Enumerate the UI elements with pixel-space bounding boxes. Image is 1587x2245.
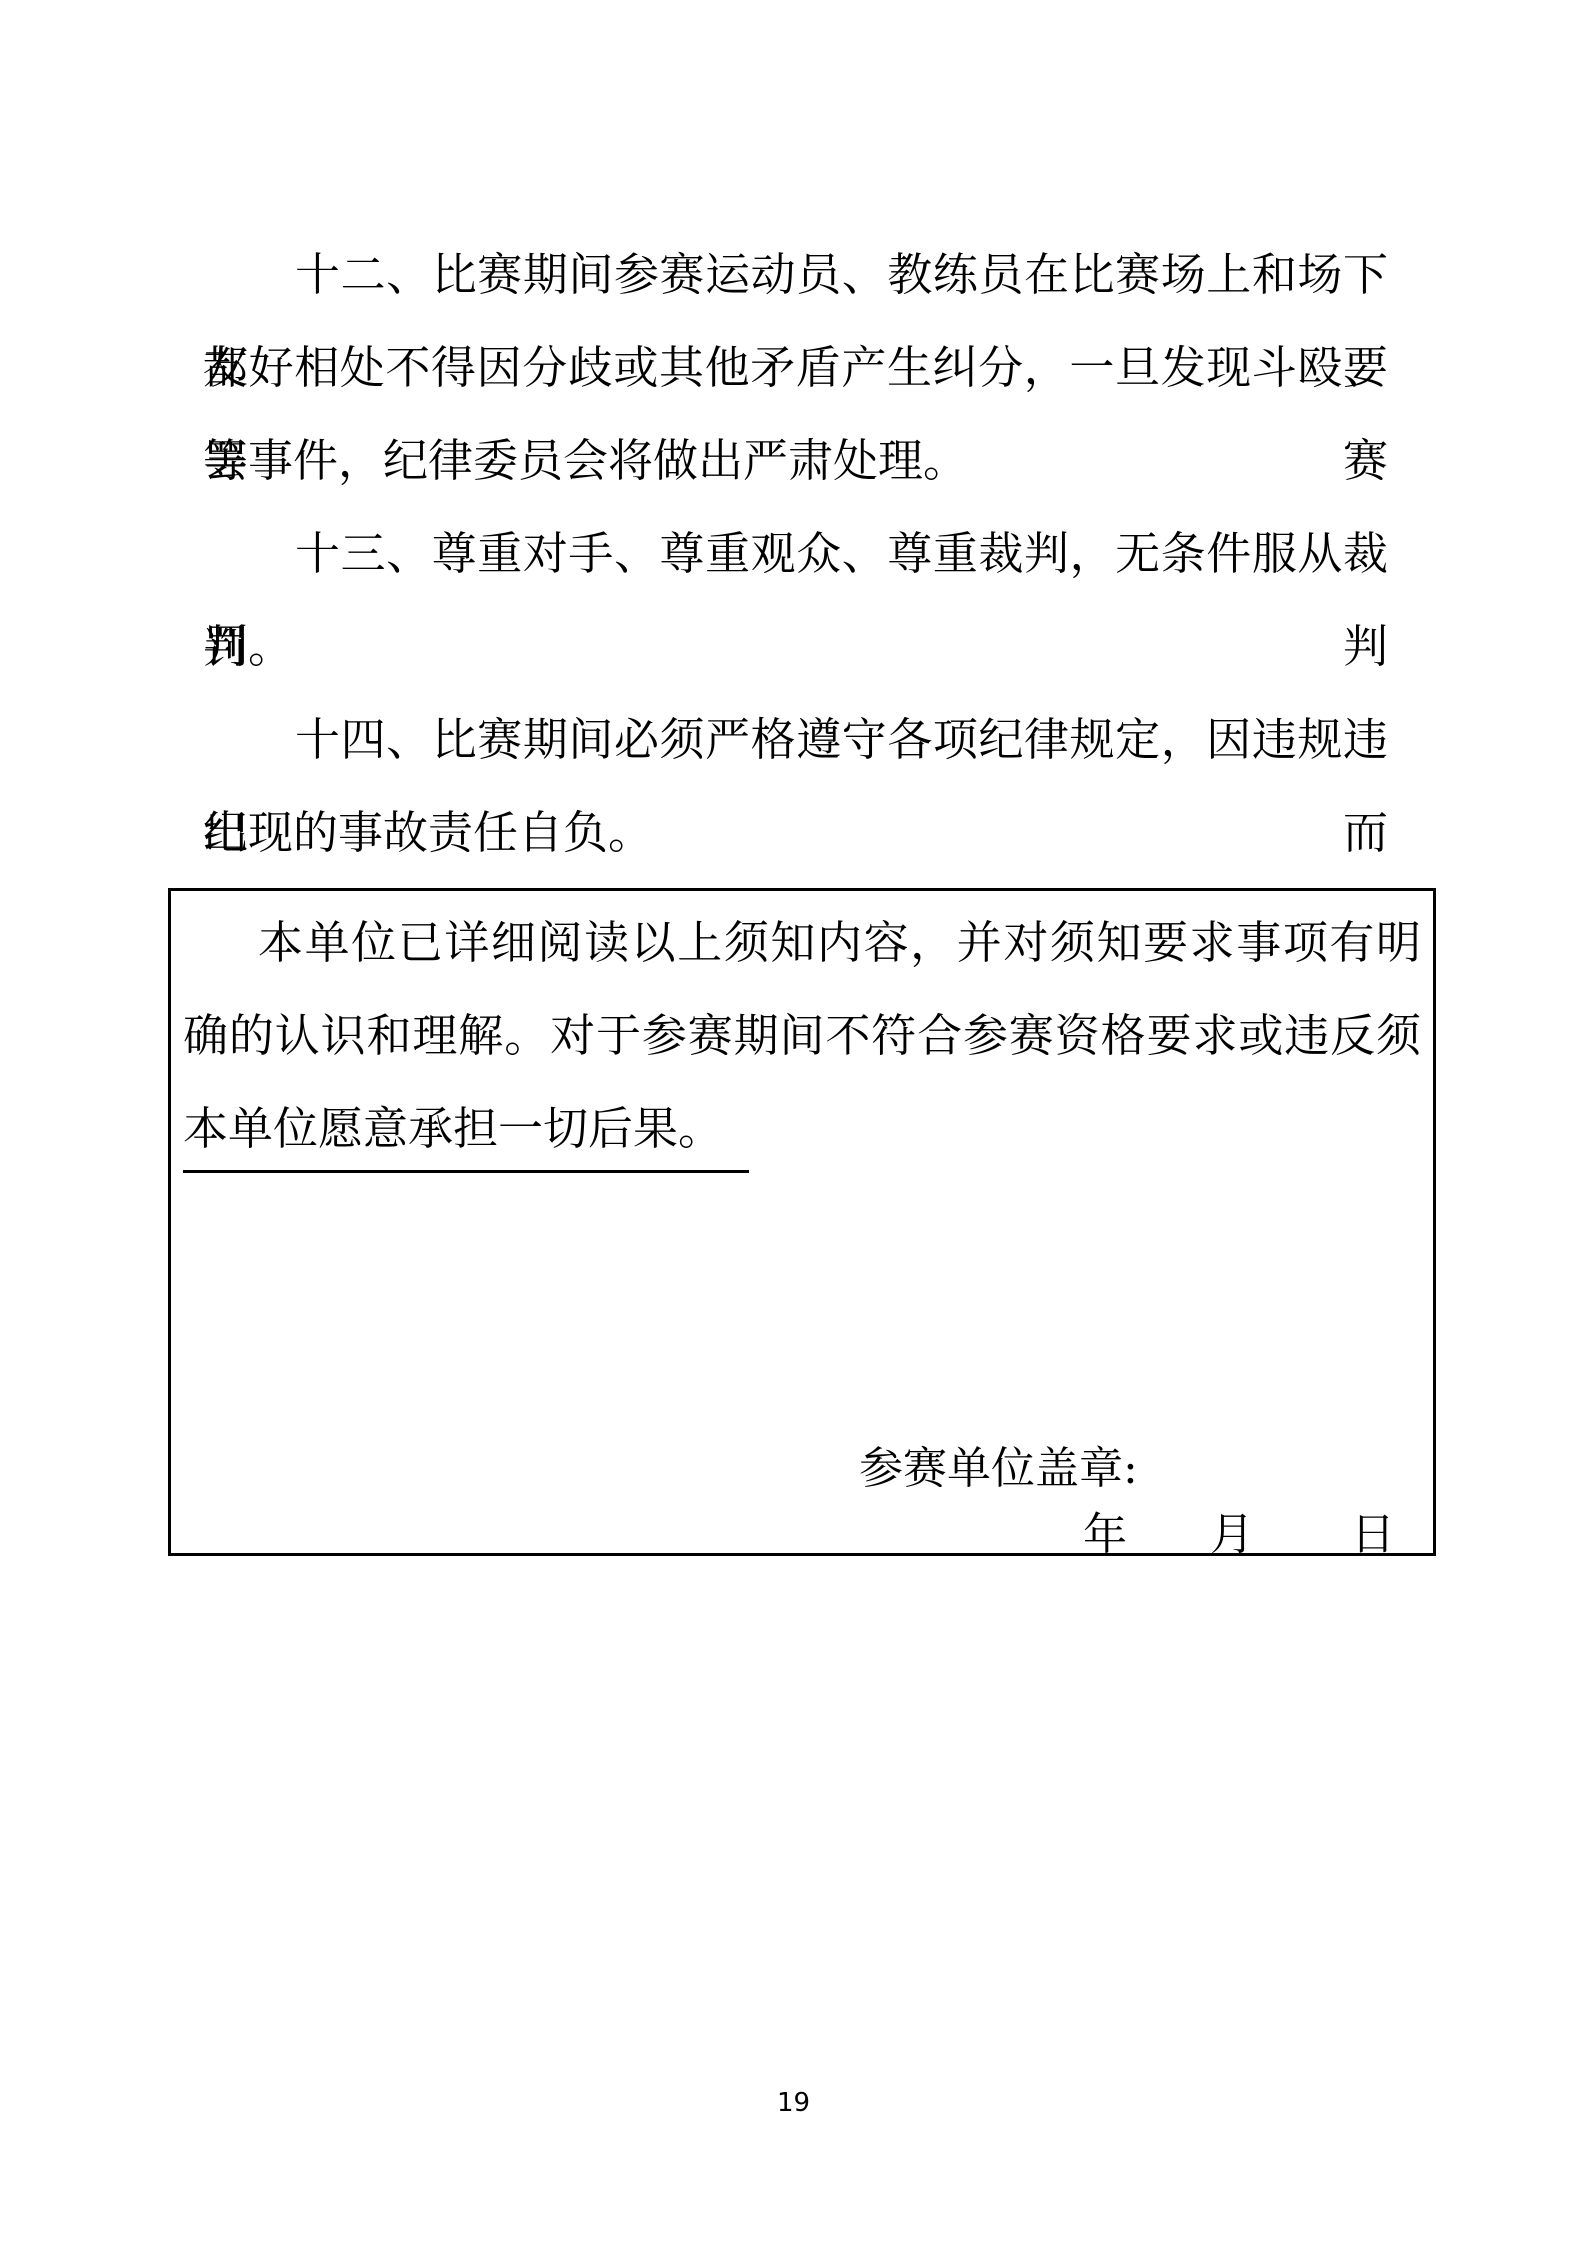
date-year-label: 年 bbox=[1083, 1509, 1127, 1560]
document-page: 十二、比赛期间参赛运动员、教练员在比赛场上和场下都要 友好相处不得因分歧或其他矛… bbox=[0, 0, 1587, 2245]
declaration-line-1: 本单位已详细阅读以上须知内容，并对须知要求事项有明确、清晰和准 bbox=[258, 902, 1421, 995]
date-month-label: 月 bbox=[1210, 1509, 1254, 1560]
rule-13-line-1: 十三、尊重对手、尊重观众、尊重裁判，无条件服从裁判判 bbox=[203, 507, 1388, 600]
rule-12-line-1: 十二、比赛期间参赛运动员、教练员在比赛场上和场下都要 bbox=[203, 228, 1388, 321]
stamp-label: 参赛单位盖章: bbox=[859, 1443, 1138, 1495]
declaration-text: 本单位已详细阅读以上须知内容，并对须知要求事项有明确、清晰和准 确的认识和理解。… bbox=[171, 891, 1433, 1181]
date-line: 年 月 日 bbox=[1083, 1511, 1395, 1559]
declaration-line-2: 确的认识和理解。对于参赛期间不符合参赛资格要求或违反须知要求内容， bbox=[183, 995, 1421, 1088]
declaration-line-row: 本单位愿意承担一切后果。 bbox=[183, 1088, 1421, 1181]
rules-text-block: 十二、比赛期间参赛运动员、教练员在比赛场上和场下都要 友好相处不得因分歧或其他矛… bbox=[203, 228, 1388, 879]
declaration-line-row: 本单位已详细阅读以上须知内容，并对须知要求事项有明确、清晰和准 bbox=[183, 902, 1421, 995]
declaration-line-3: 本单位愿意承担一切后果。 bbox=[183, 1088, 749, 1173]
rule-14-line-1: 十四、比赛期间必须严格遵守各项纪律规定，因违规违纪而 bbox=[203, 693, 1388, 786]
declaration-line-row: 确的认识和理解。对于参赛期间不符合参赛资格要求或违反须知要求内容， bbox=[183, 995, 1421, 1088]
date-day-label: 日 bbox=[1351, 1509, 1395, 1560]
declaration-box: 本单位已详细阅读以上须知内容，并对须知要求事项有明确、清晰和准 确的认识和理解。… bbox=[168, 888, 1436, 1556]
page-number: 19 bbox=[0, 2088, 1587, 2118]
rule-12-line-2: 友好相处不得因分歧或其他矛盾产生纠分，一旦发现斗殴、罢赛 bbox=[203, 321, 1388, 414]
